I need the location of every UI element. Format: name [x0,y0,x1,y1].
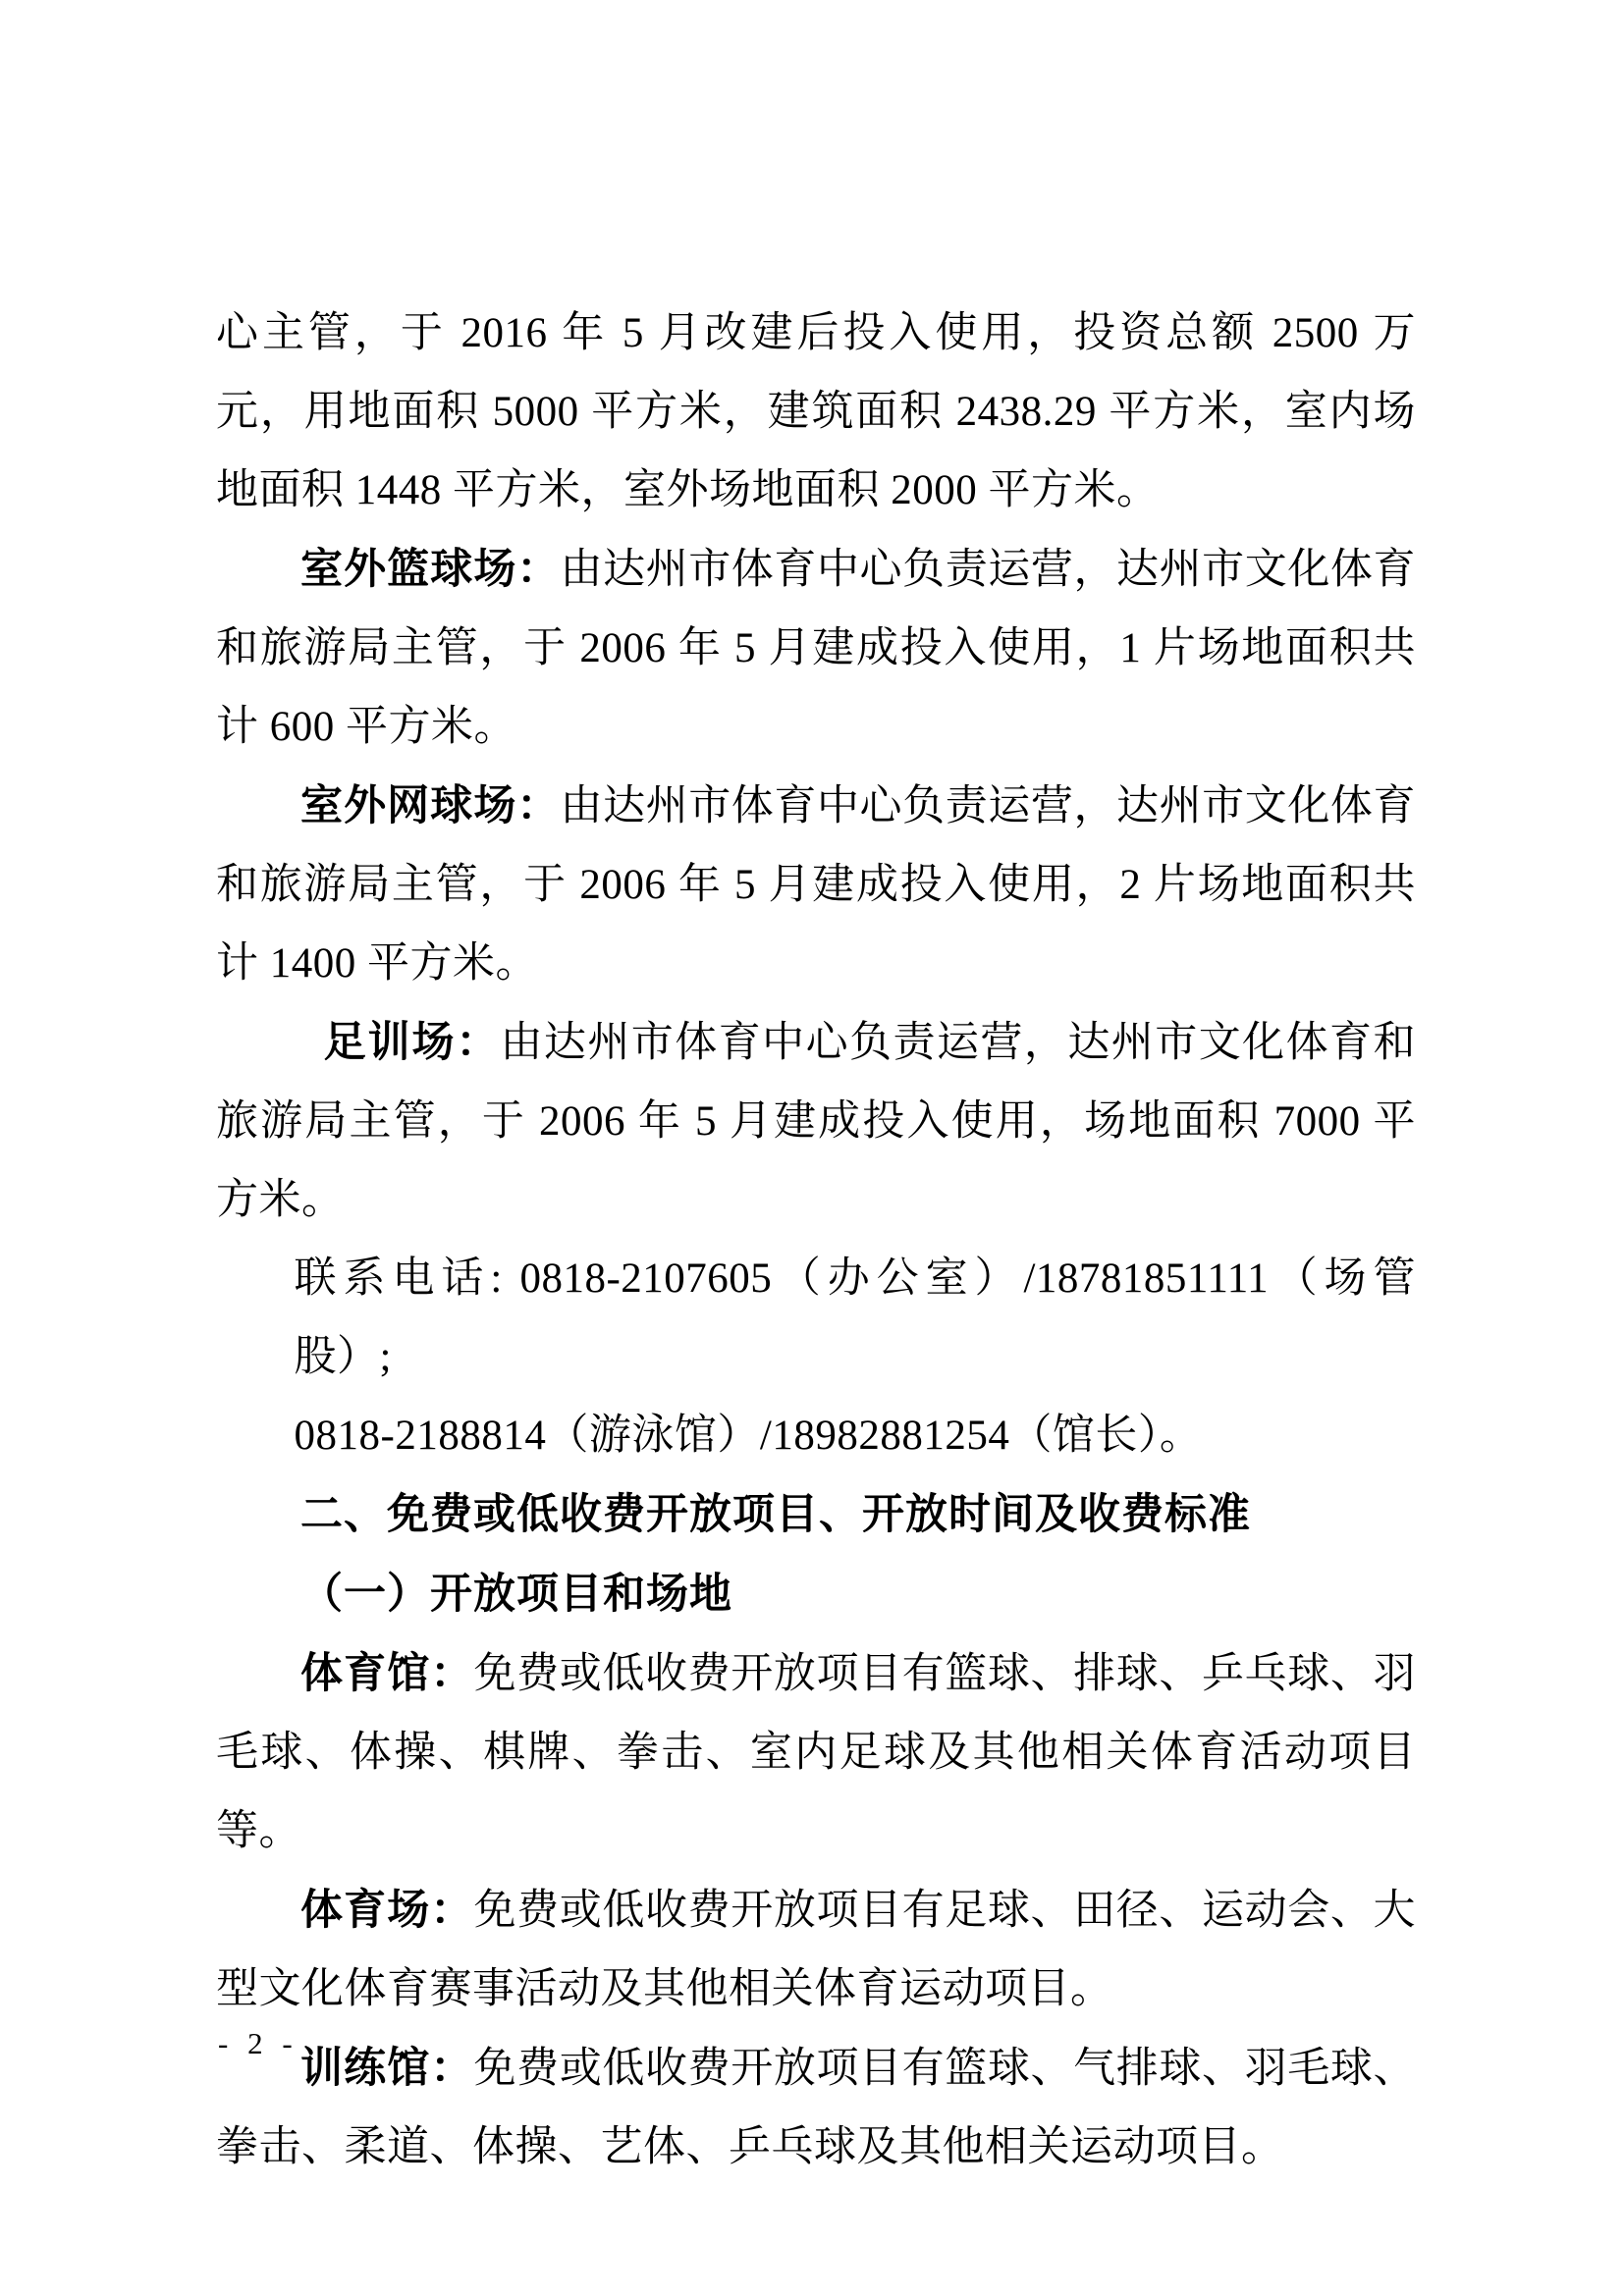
heading-section-two: 二、免费或低收费开放项目、开放时间及收费标准 [216,1475,1416,1555]
lead-stadium: 体育场： [300,1887,473,1934]
paragraph-stadium: 体育场：免费或低收费开放项目有足球、田径、运动会、大型文化体育赛事活动及其他相关… [216,1871,1416,2029]
document-body: 心主管，于 2016 年 5 月改建后投入使用，投资总额 2500 万元，用地面… [216,294,1416,2187]
lead-training-hall: 训练馆： [300,2045,473,2092]
paragraph-contact-phone: 联系电话: 0818-2107605（办公室）/18781851111（场管股）… [295,1240,1416,1475]
paragraph-football-training-field: 足训场：由达州市体育中心负责运营，达州市文化体育和旅游局主管，于 2006 年 … [216,1003,1416,1240]
lead-football-training-field: 足训场： [324,1019,501,1066]
contact-line-2: 0818-2188814（游泳馆）/18982881254（馆长）。 [295,1413,1203,1459]
document-page: 心主管，于 2016 年 5 月改建后投入使用，投资总额 2500 万元，用地面… [0,0,1624,2296]
lead-outdoor-basketball-court: 室外篮球场： [300,546,560,593]
paragraph-text: 心主管，于 2016 年 5 月改建后投入使用，投资总额 2500 万元，用地面… [216,310,1416,513]
lead-gymnasium: 体育馆： [300,1650,473,1697]
lead-outdoor-tennis-court: 室外网球场： [300,782,560,829]
paragraph-training-hall: 训练馆：免费或低收费开放项目有篮球、气排球、羽毛球、拳击、柔道、体操、艺体、乒乓… [216,2029,1416,2187]
paragraph-outdoor-basketball-court: 室外篮球场：由达州市体育中心负责运营，达州市文化体育和旅游局主管，于 2006 … [216,530,1416,767]
heading-subsection-one: （一）开放项目和场地 [216,1555,1416,1634]
heading-section-two-text: 二、免费或低收费开放项目、开放时间及收费标准 [300,1491,1251,1538]
paragraph-gymnasium: 体育馆：免费或低收费开放项目有篮球、排球、乒乓球、羽毛球、体操、棋牌、拳击、室内… [216,1634,1416,1871]
paragraph-outdoor-tennis-court: 室外网球场：由达州市体育中心负责运营，达州市文化体育和旅游局主管，于 2006 … [216,767,1416,1003]
contact-line-1: 联系电话: 0818-2107605（办公室）/18781851111（场管股）… [295,1255,1416,1380]
heading-subsection-one-text: （一）开放项目和场地 [300,1571,732,1618]
page-number: - 2 - [218,2024,298,2063]
paragraph-continuation: 心主管，于 2016 年 5 月改建后投入使用，投资总额 2500 万元，用地面… [216,294,1416,530]
